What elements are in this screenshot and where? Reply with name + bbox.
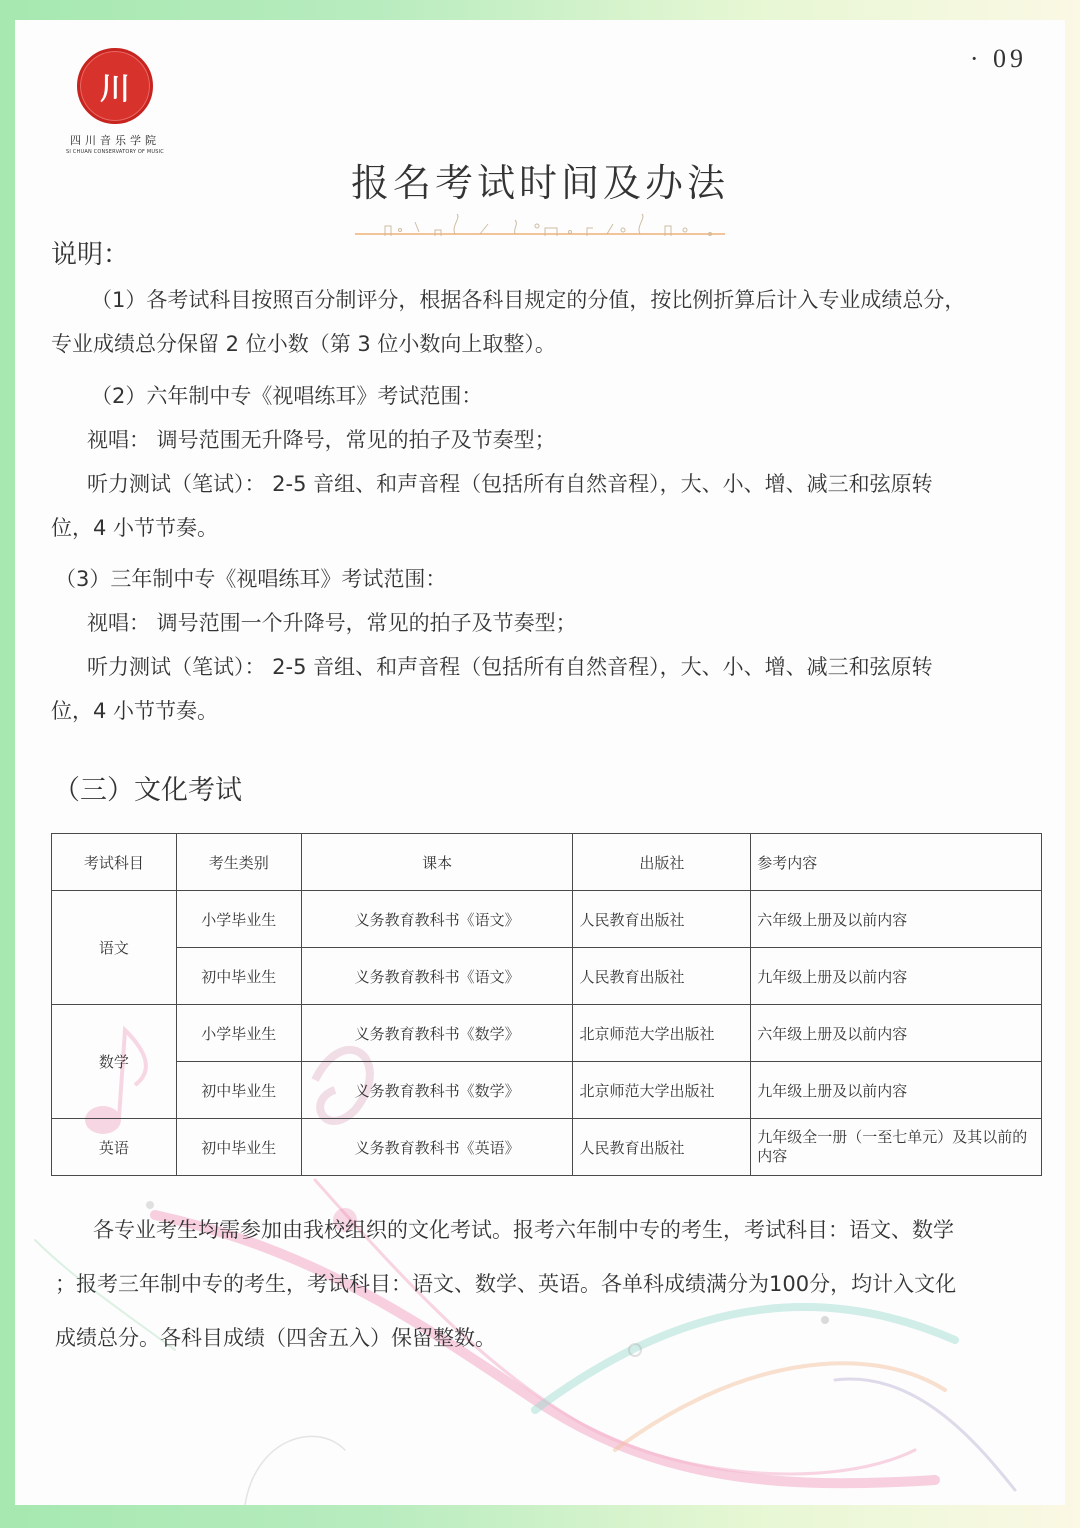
textbook-cell: 义务教育教科书《数学》 (301, 1005, 573, 1062)
paragraph-line-1: 各专业考生均需参加由我校组织的文化考试。报考六年制中专的考生，考试科目：语文、数… (55, 1203, 1055, 1257)
table-row: 英语 初中毕业生 义务教育教科书《英语》 人民教育出版社 九年级全一册（一至七单… (52, 1119, 1042, 1176)
table-row: 初中毕业生 义务教育教科书《数学》 北京师范大学出版社 九年级上册及以前内容 (52, 1062, 1042, 1119)
note-2-sight-singing: 视唱： 调号范围无升降号，常见的拍子及节奏型； (51, 418, 1051, 462)
textbook-cell: 义务教育教科书《语文》 (301, 948, 573, 1005)
note-1-line-1: （1）各考试科目按照百分制评分，根据各科目规定的分值，按比例折算后计入专业成绩总… (51, 278, 1051, 322)
content-cell: 六年级上册及以前内容 (751, 1005, 1042, 1062)
header-cell: 考试科目 (52, 834, 177, 891)
header-cell: 参考内容 (751, 834, 1042, 891)
category-cell: 初中毕业生 (176, 1119, 301, 1176)
music-notes-divider-icon (355, 210, 725, 240)
notes-heading: 说明： (51, 234, 129, 271)
note-3-listening-line-2: 位，4 小节节奏。 (51, 689, 1051, 733)
note-1-line-2: 专业成绩总分保留 2 位小数（第 3 位小数向上取整）。 (51, 322, 1051, 366)
textbook-cell: 义务教育教科书《英语》 (301, 1119, 573, 1176)
category-cell: 初中毕业生 (176, 1062, 301, 1119)
publisher-cell: 人民教育出版社 (573, 891, 751, 948)
note-2-heading: （2）六年制中专《视唱练耳》考试范围： (51, 374, 1051, 418)
note-item-2: （2）六年制中专《视唱练耳》考试范围： 视唱： 调号范围无升降号，常见的拍子及节… (51, 374, 1051, 550)
logo-name-cn: 四川音乐学院 (60, 132, 170, 148)
category-cell: 初中毕业生 (176, 948, 301, 1005)
seal-emblem-icon: 川 (77, 48, 153, 124)
table-header-row: 考试科目 考生类别 课本 出版社 参考内容 (52, 834, 1042, 891)
category-cell: 小学毕业生 (176, 891, 301, 948)
note-2-listening-line-2: 位，4 小节节奏。 (51, 506, 1051, 550)
subject-cell: 语文 (52, 891, 177, 1005)
document-page: 川 四川音乐学院 SI CHUAN CONSERVATORY OF MUSIC … (15, 20, 1065, 1505)
content-cell: 九年级上册及以前内容 (751, 948, 1042, 1005)
publisher-cell: 北京师范大学出版社 (573, 1005, 751, 1062)
textbook-cell: 义务教育教科书《数学》 (301, 1062, 573, 1119)
header-cell: 考生类别 (176, 834, 301, 891)
header-cell: 出版社 (573, 834, 751, 891)
header-cell: 课本 (301, 834, 573, 891)
note-item-1: （1）各考试科目按照百分制评分，根据各科目规定的分值，按比例折算后计入专业成绩总… (51, 278, 1051, 366)
note-2-listening-line-1: 听力测试（笔试）： 2-5 音组、和声音程（包括所有自然音程），大、小、增、减三… (51, 462, 1051, 506)
culture-exam-table: 考试科目 考生类别 课本 出版社 参考内容 语文 小学毕业生 义务教育教科书《语… (51, 833, 1042, 1176)
page-title: 报名考试时间及办法 (15, 152, 1065, 207)
note-3-heading: （3）三年制中专《视唱练耳》考试范围： (51, 557, 1051, 601)
publisher-cell: 人民教育出版社 (573, 1119, 751, 1176)
culture-exam-paragraph: 各专业考生均需参加由我校组织的文化考试。报考六年制中专的考生，考试科目：语文、数… (55, 1203, 1055, 1365)
table-row: 语文 小学毕业生 义务教育教科书《语文》 人民教育出版社 六年级上册及以前内容 (52, 891, 1042, 948)
textbook-cell: 义务教育教科书《语文》 (301, 891, 573, 948)
section-title-culture-exam: （三）文化考试 (53, 768, 242, 807)
category-cell: 小学毕业生 (176, 1005, 301, 1062)
note-item-3: （3）三年制中专《视唱练耳》考试范围： 视唱： 调号范围一个升降号，常见的拍子及… (51, 557, 1051, 733)
content-cell: 六年级上册及以前内容 (751, 891, 1042, 948)
note-3-sight-singing: 视唱： 调号范围一个升降号，常见的拍子及节奏型； (51, 601, 1051, 645)
page-number: · 09 (970, 44, 1027, 74)
table-row: 数学 小学毕业生 义务教育教科书《数学》 北京师范大学出版社 六年级上册及以前内… (52, 1005, 1042, 1062)
paragraph-line-2: ；报考三年制中专的考生，考试科目：语文、数学、英语。各单科成绩满分为100分，均… (55, 1257, 1055, 1311)
content-cell: 九年级全一册（一至七单元）及其以前的内容 (751, 1119, 1042, 1176)
paragraph-line-3: 成绩总分。各科目成绩（四舍五入）保留整数。 (55, 1311, 1055, 1365)
publisher-cell: 北京师范大学出版社 (573, 1062, 751, 1119)
note-3-listening-line-1: 听力测试（笔试）： 2-5 音组、和声音程（包括所有自然音程），大、小、增、减三… (51, 645, 1051, 689)
publisher-cell: 人民教育出版社 (573, 948, 751, 1005)
content-cell: 九年级上册及以前内容 (751, 1062, 1042, 1119)
conservatory-logo: 川 四川音乐学院 SI CHUAN CONSERVATORY OF MUSIC (60, 48, 170, 155)
table-row: 初中毕业生 义务教育教科书《语文》 人民教育出版社 九年级上册及以前内容 (52, 948, 1042, 1005)
subject-cell: 英语 (52, 1119, 177, 1176)
subject-cell: 数学 (52, 1005, 177, 1119)
